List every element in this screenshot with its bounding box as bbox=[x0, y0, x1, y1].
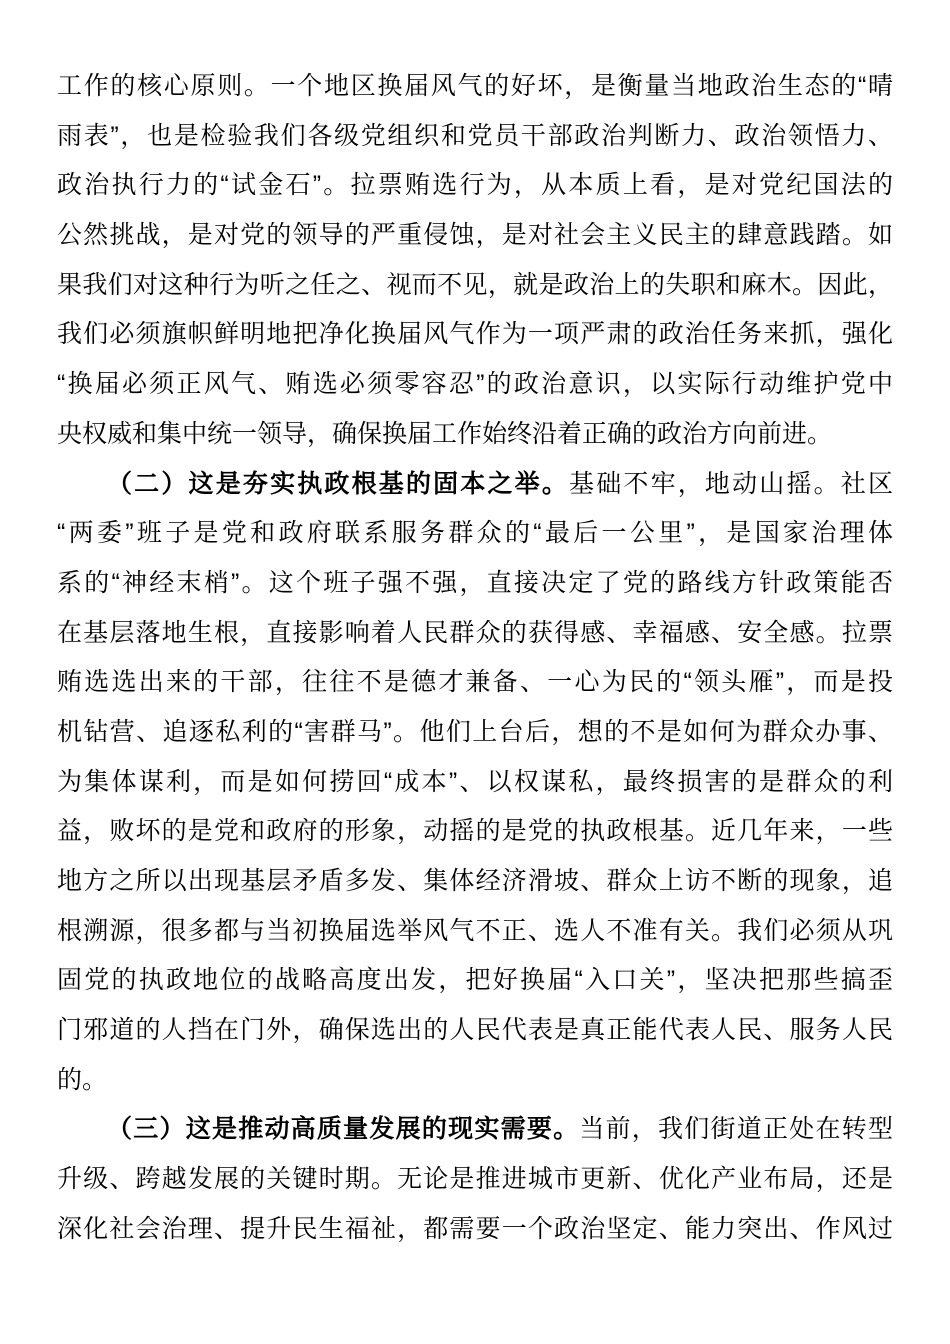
text-segment: 门邪道的人挡在门外，确保选出的人民代表是真正能代表人民、服务人民 bbox=[57, 1016, 893, 1044]
section-heading-text: （二）这是夯实执政根基的固本之举。 bbox=[107, 470, 569, 498]
paragraph-section-3: （三）这是推动高质量发展的现实需要。当前，我们街道正处在转型升级、跨越发展的关键… bbox=[57, 1105, 893, 1254]
text-segment: 升级、跨越发展的关键时期。无论是推进城市更新、优化产业布局，还是 bbox=[57, 1165, 893, 1193]
document-body: 工作的核心原则。一个地区换届风气的好坏，是衡量当地政治生态的“晴雨表”，也是检验… bbox=[0, 0, 950, 1255]
text-line: 为集体谋利，而是如何捞回“成本”、以权谋私，最终损害的是群众的利 bbox=[57, 758, 893, 808]
section-heading-text: （三）这是推动高质量发展的现实需要。 bbox=[107, 1115, 579, 1143]
text-line: 系的“神经末梢”。这个班子强不强，直接决定了党的路线方针政策能否 bbox=[57, 559, 893, 609]
text-line: 工作的核心原则。一个地区换届风气的好坏，是衡量当地政治生态的“晴 bbox=[57, 62, 893, 112]
document-page: 工作的核心原则。一个地区换届风气的好坏，是衡量当地政治生态的“晴雨表”，也是检验… bbox=[0, 0, 950, 1344]
text-line: 固党的执政地位的战略高度出发，把好换届“入口关”，坚决把那些搞歪 bbox=[57, 956, 893, 1006]
text-segment: 益，败坏的是党和政府的形象，动摇的是党的执政根基。近几年来，一些 bbox=[57, 817, 893, 845]
text-line: 央权威和集中统一领导，确保换届工作始终沿着正确的政治方向前进。 bbox=[57, 410, 893, 460]
text-segment: 贿选选出来的干部，往往不是德才兼备、一心为民的“领头雁”，而是投 bbox=[57, 668, 893, 696]
text-line: 益，败坏的是党和政府的形象，动摇的是党的执政根基。近几年来，一些 bbox=[57, 807, 893, 857]
text-segment: 我们必须旗帜鲜明地把净化换届风气作为一项严肃的政治任务来抓，强化 bbox=[57, 320, 893, 348]
text-line: 我们必须旗帜鲜明地把净化换届风气作为一项严肃的政治任务来抓，强化 bbox=[57, 310, 893, 360]
paragraph-political-stance: 工作的核心原则。一个地区换届风气的好坏，是衡量当地政治生态的“晴雨表”，也是检验… bbox=[57, 62, 893, 460]
text-line: 深化社会治理、提升民生福祉，都需要一个政治坚定、能力突出、作风过 bbox=[57, 1205, 893, 1255]
text-segment: 基础不牢，地动山摇。社区 bbox=[569, 470, 893, 498]
text-line: 门邪道的人挡在门外，确保选出的人民代表是真正能代表人民、服务人民 bbox=[57, 1006, 893, 1056]
text-segment: 果我们对这种行为听之任之、视而不见，就是政治上的失职和麻木。因此， bbox=[57, 271, 893, 299]
text-segment: 公然挑战，是对党的领导的严重侵蚀，是对社会主义民主的肆意践踏。如 bbox=[57, 221, 893, 249]
text-line: “换届必须正风气、贿选必须零容忍”的政治意识，以实际行动维护党中 bbox=[57, 360, 893, 410]
text-segment: 央权威和集中统一领导，确保换届工作始终沿着正确的政治方向前进。 bbox=[57, 420, 832, 448]
text-segment: 工作的核心原则。一个地区换届风气的好坏，是衡量当地政治生态的“晴 bbox=[57, 72, 893, 100]
text-segment: 机钻营、追逐私利的“害群马”。他们上台后，想的不是如何为群众办事、 bbox=[57, 718, 893, 746]
text-segment: 雨表”，也是检验我们各级党组织和党员干部政治判断力、政治领悟力、 bbox=[57, 122, 893, 150]
text-line: 根溯源，很多都与当初换届选举风气不正、选人不准有关。我们必须从巩 bbox=[57, 907, 893, 957]
text-line: 机钻营、追逐私利的“害群马”。他们上台后，想的不是如何为群众办事、 bbox=[57, 708, 893, 758]
text-line: （三）这是推动高质量发展的现实需要。当前，我们街道正处在转型 bbox=[57, 1105, 893, 1155]
text-segment: 固党的执政地位的战略高度出发，把好换届“入口关”，坚决把那些搞歪 bbox=[57, 966, 893, 994]
text-segment: “换届必须正风气、贿选必须零容忍”的政治意识，以实际行动维护党中 bbox=[57, 370, 893, 398]
text-segment: 为集体谋利，而是如何捞回“成本”、以权谋私，最终损害的是群众的利 bbox=[57, 768, 893, 796]
text-segment: 在基层落地生根，直接影响着人民群众的获得感、幸福感、安全感。拉票 bbox=[57, 619, 893, 647]
text-line: 地方之所以出现基层矛盾多发、集体经济滑坡、群众上访不断的现象，追 bbox=[57, 857, 893, 907]
text-segment: “两委”班子是党和政府联系服务群众的“最后一公里”，是国家治理体 bbox=[57, 519, 893, 547]
text-line: （二）这是夯实执政根基的固本之举。基础不牢，地动山摇。社区 bbox=[57, 460, 893, 510]
text-line: 雨表”，也是检验我们各级党组织和党员干部政治判断力、政治领悟力、 bbox=[57, 112, 893, 162]
text-segment: 当前，我们街道正处在转型 bbox=[579, 1115, 893, 1143]
text-segment: 的。 bbox=[57, 1066, 107, 1094]
paragraph-section-2: （二）这是夯实执政根基的固本之举。基础不牢，地动山摇。社区“两委”班子是党和政府… bbox=[57, 460, 893, 1106]
text-segment: 系的“神经末梢”。这个班子强不强，直接决定了党的路线方针政策能否 bbox=[57, 569, 893, 597]
text-segment: 政治执行力的“试金石”。拉票贿选行为，从本质上看，是对党纪国法的 bbox=[57, 171, 893, 199]
text-line: 的。 bbox=[57, 1056, 893, 1106]
text-line: 升级、跨越发展的关键时期。无论是推进城市更新、优化产业布局，还是 bbox=[57, 1155, 893, 1205]
text-segment: 根溯源，很多都与当初换届选举风气不正、选人不准有关。我们必须从巩 bbox=[57, 917, 893, 945]
text-line: 贿选选出来的干部，往往不是德才兼备、一心为民的“领头雁”，而是投 bbox=[57, 658, 893, 708]
text-line: 果我们对这种行为听之任之、视而不见，就是政治上的失职和麻木。因此， bbox=[57, 261, 893, 311]
text-line: 在基层落地生根，直接影响着人民群众的获得感、幸福感、安全感。拉票 bbox=[57, 609, 893, 659]
text-segment: 地方之所以出现基层矛盾多发、集体经济滑坡、群众上访不断的现象，追 bbox=[57, 867, 893, 895]
text-segment: 深化社会治理、提升民生福祉，都需要一个政治坚定、能力突出、作风过 bbox=[57, 1215, 893, 1243]
text-line: “两委”班子是党和政府联系服务群众的“最后一公里”，是国家治理体 bbox=[57, 509, 893, 559]
text-line: 政治执行力的“试金石”。拉票贿选行为，从本质上看，是对党纪国法的 bbox=[57, 161, 893, 211]
text-line: 公然挑战，是对党的领导的严重侵蚀，是对社会主义民主的肆意践踏。如 bbox=[57, 211, 893, 261]
